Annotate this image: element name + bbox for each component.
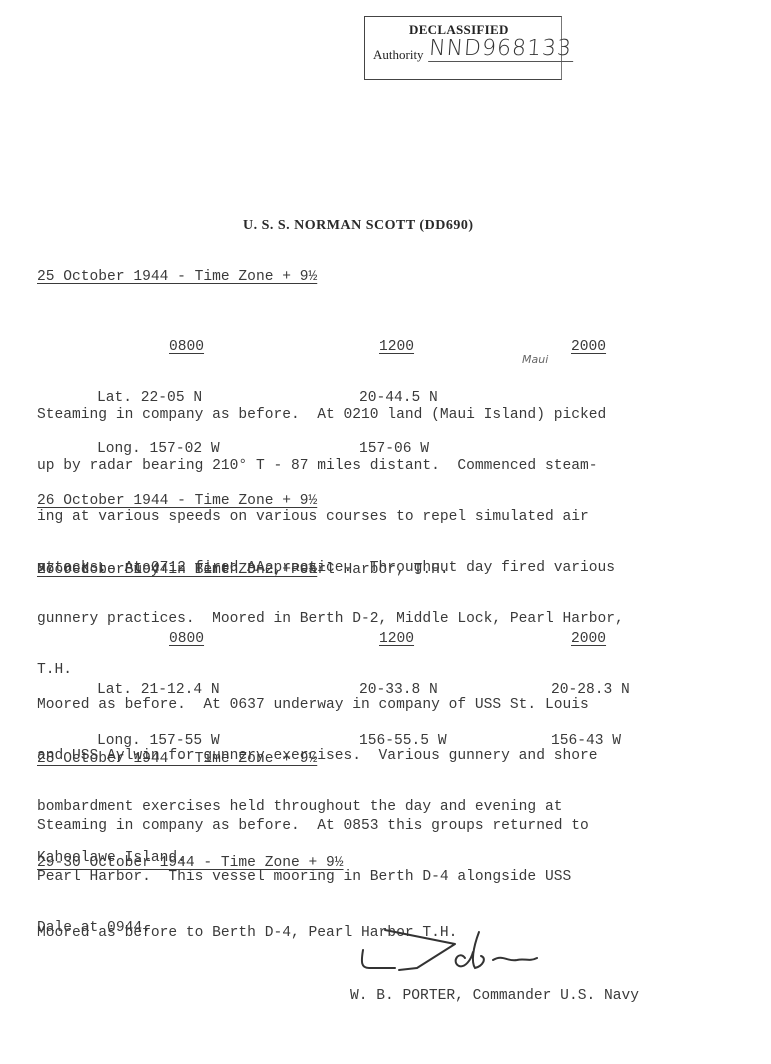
declassified-stamp: DECLASSIFIED Authority NND968133 [364, 16, 562, 80]
paragraph-line: Moored as before. At 0637 underway in co… [37, 697, 598, 714]
position-time: 2000 [571, 339, 606, 356]
entry-heading: 27 October 1944 - Time Zone + 9½ [37, 562, 317, 579]
position-time: 2000 [571, 631, 606, 648]
signature-name: W. B. PORTER, Commander U.S. Navy [350, 988, 639, 1005]
signature-scrawl [355, 922, 555, 982]
stamp-authority-value: NND968133 [428, 37, 575, 62]
position-table: 0800 Lat. 21-12.4 N Long. 157-55 W 1200 … [97, 597, 697, 665]
entry-heading: 26 October 1944 - Time Zone + 9½ [37, 493, 317, 510]
handwritten-note: Maui [522, 353, 548, 366]
position-time: 1200 [379, 631, 414, 648]
entry-heading: 28 October 1944 - Time Zone + 9½ [37, 751, 317, 768]
entry-heading: 29-30 October 1944 - Time Zone + 9½ [37, 855, 344, 872]
paragraph-line: ing at various speeds on various courses… [37, 509, 624, 526]
page-title: U. S. S. NORMAN SCOTT (DD690) [243, 218, 473, 234]
position-time: 1200 [379, 339, 414, 356]
position-time: 0800 [169, 631, 204, 648]
paragraph-line: Steaming in company as before. At 0210 l… [37, 407, 624, 424]
paragraph-line: Steaming in company as before. At 0853 t… [37, 818, 589, 835]
paragraph-line: up by radar bearing 210° T - 87 miles di… [37, 458, 624, 475]
position-time: 0800 [169, 339, 204, 356]
stamp-authority-label: Authority [373, 47, 424, 63]
entry-heading: 25 October 1944 - Time Zone + 9½ [37, 269, 317, 286]
position-table: 0800 Lat. 22-05 N Long. 157-02 W 1200 20… [97, 305, 697, 373]
